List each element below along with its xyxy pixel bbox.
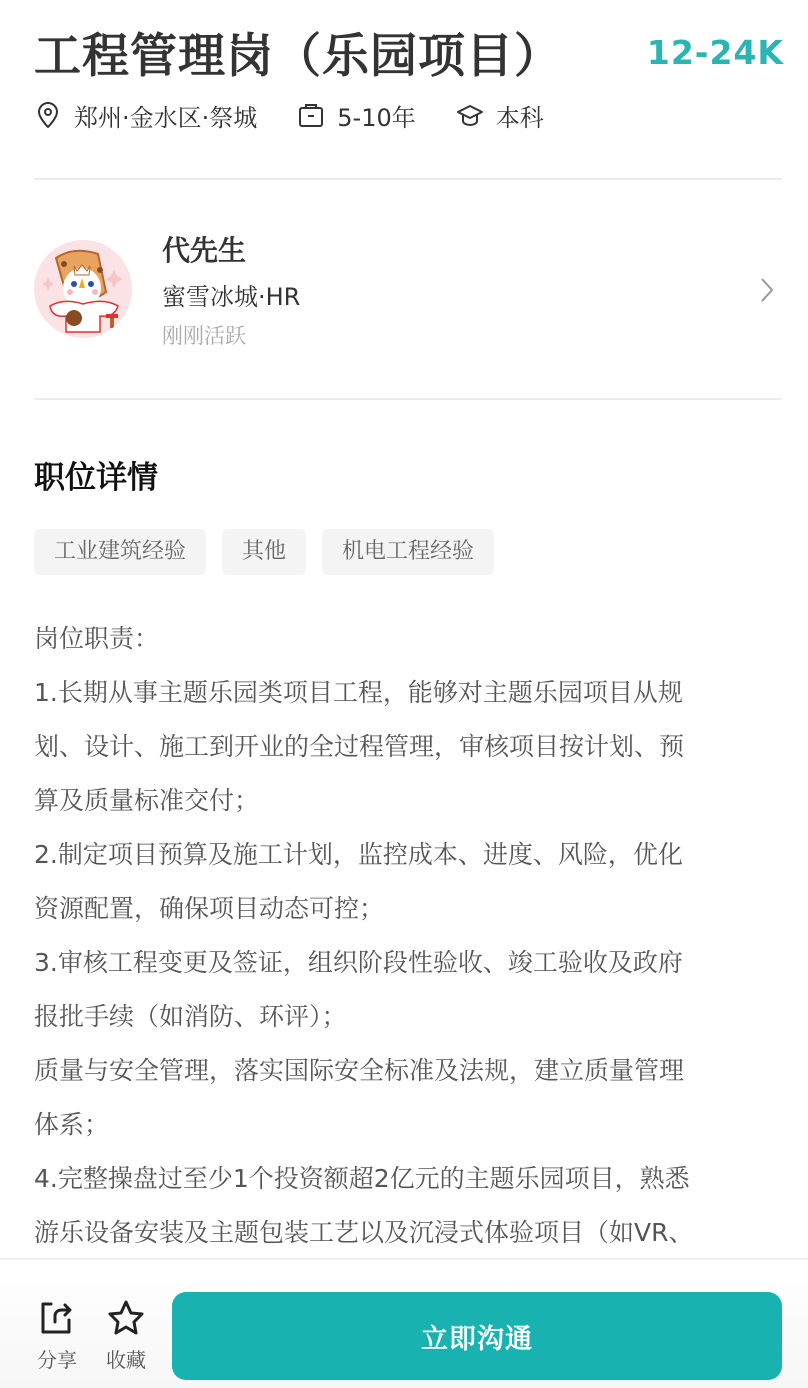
avatar bbox=[34, 240, 132, 338]
skill-tags: 工业建筑经验 其他 机电工程经验 bbox=[34, 529, 510, 575]
skill-tag: 工业建筑经验 bbox=[34, 529, 206, 575]
divider bbox=[34, 398, 782, 400]
description-line: 质量与安全管理，落实国际安全标准及法规，建立质量管理 bbox=[34, 1044, 782, 1098]
job-meta: 郑州·金水区·祭城 5-10年 本科 bbox=[34, 94, 784, 136]
location-text: 郑州·金水区·祭城 bbox=[74, 98, 257, 133]
section-title-job-details: 职位详情 bbox=[34, 452, 158, 497]
description-line: 算及质量标准交付； bbox=[34, 774, 782, 828]
hr-card[interactable]: 代先生 蜜雪冰城·HR 刚刚活跃 bbox=[34, 230, 782, 360]
description-line: 2.制定项目预算及施工计划，监控成本、进度、风险，优化 bbox=[34, 828, 782, 882]
share-button[interactable]: 分享 bbox=[32, 1298, 82, 1373]
graduation-cap-icon bbox=[456, 101, 484, 129]
job-education: 本科 bbox=[456, 98, 544, 133]
favorite-button[interactable]: 收藏 bbox=[101, 1298, 151, 1373]
share-label: 分享 bbox=[37, 1344, 77, 1373]
hr-active-status: 刚刚活跃 bbox=[162, 316, 300, 352]
education-text: 本科 bbox=[496, 98, 544, 133]
job-description: 岗位职责： 1.长期从事主题乐园类项目工程，能够对主题乐园项目从规 划、设计、施… bbox=[34, 612, 782, 1260]
job-location: 郑州·金水区·祭城 bbox=[34, 98, 257, 133]
briefcase-icon bbox=[297, 101, 325, 129]
location-pin-icon bbox=[34, 101, 62, 129]
description-line: 岗位职责： bbox=[34, 612, 782, 666]
title-row: 工程管理岗（乐园项目） 12-24K bbox=[34, 14, 784, 90]
skill-tag: 其他 bbox=[222, 529, 306, 575]
description-line: 3.审核工程变更及签证，组织阶段性验收、竣工验收及政府 bbox=[34, 936, 782, 990]
hr-company: 蜜雪冰城·HR bbox=[162, 272, 300, 316]
favorite-label: 收藏 bbox=[106, 1344, 146, 1373]
divider bbox=[34, 178, 782, 180]
bottom-action-bar: 分享 收藏 立即沟通 bbox=[0, 1258, 808, 1388]
share-icon bbox=[37, 1298, 77, 1338]
job-experience: 5-10年 bbox=[297, 98, 415, 133]
job-title: 工程管理岗（乐园项目） bbox=[34, 19, 562, 86]
skill-tag: 机电工程经验 bbox=[322, 529, 494, 575]
hr-name: 代先生 bbox=[162, 230, 300, 272]
chevron-right-icon[interactable] bbox=[758, 276, 776, 304]
avatar-illustration-icon bbox=[34, 240, 132, 338]
description-line: 资源配置，确保项目动态可控； bbox=[34, 882, 782, 936]
description-line: 1.长期从事主题乐园类项目工程，能够对主题乐园项目从规 bbox=[34, 666, 782, 720]
experience-text: 5-10年 bbox=[337, 98, 415, 133]
chat-now-button[interactable]: 立即沟通 bbox=[172, 1292, 782, 1380]
description-line: 报批手续（如消防、环评）； bbox=[34, 990, 782, 1044]
hr-info: 代先生 蜜雪冰城·HR 刚刚活跃 bbox=[162, 230, 300, 352]
description-line: 游乐设备安装及主题包装工艺以及沉浸式体验项目（如VR、 bbox=[34, 1206, 782, 1260]
description-line: 划、设计、施工到开业的全过程管理，审核项目按计划、预 bbox=[34, 720, 782, 774]
description-line: 4.完整操盘过至少1个投资额超2亿元的主题乐园项目，熟悉 bbox=[34, 1152, 782, 1206]
description-line: 体系； bbox=[34, 1098, 782, 1152]
salary: 12-24K bbox=[647, 33, 784, 72]
job-header: 工程管理岗（乐园项目） 12-24K 郑州·金水区·祭城 5-10年 本科 bbox=[34, 14, 784, 136]
star-icon bbox=[106, 1298, 146, 1338]
